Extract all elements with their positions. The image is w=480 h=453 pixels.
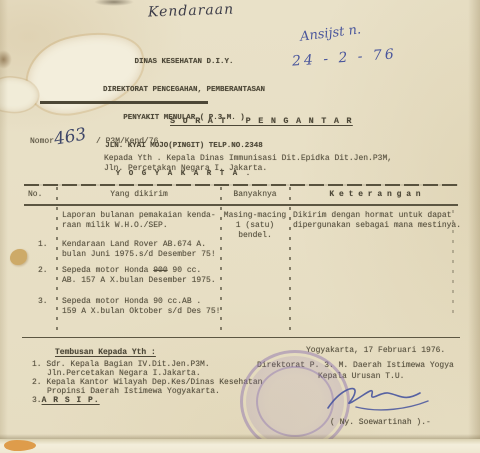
table-row1-number: 1. (38, 240, 48, 249)
nomor-typed-suffix: / P3M/Kend/76. (96, 137, 163, 146)
scan-left-edge-shadow (0, 0, 8, 453)
tembusan-heading: Tembusan Kepada Yth : (55, 348, 156, 357)
table-row2-line-1: Sepeda motor Honda 900 90 cc. (62, 266, 201, 275)
signature-ink (322, 380, 434, 418)
tembusan-item2-line-1: 2. Kepala Kantor Wilayah Dep.Kes/Dinas K… (32, 378, 262, 387)
letterhead-line-1: DINAS KESEHATAN D.I.Y. (48, 57, 320, 67)
row2-text-pre: Sepeda motor Honda (62, 266, 153, 275)
table-header-no: No. (28, 190, 42, 199)
underlying-sheet (0, 439, 480, 453)
row2-text-struck: 900 (153, 266, 167, 275)
table-header-qty: Banyaknya (222, 190, 288, 199)
table-row3-number: 3. (38, 297, 48, 306)
table-header-item: Yang dikirim (60, 190, 218, 199)
table-keterangan-line-2: dipergunakan sebagai mana mestinya. (293, 221, 461, 230)
scanned-letter-page: Kendaraan Ansijst n. 24 - 2 - 76 DINAS K… (0, 0, 480, 453)
table-row1-line-2: bulan Juni 1975.s/d Desember 75! (62, 250, 216, 259)
table-row3-line-2: 159 A X.bulan Oktober s/d Des 75! (62, 307, 220, 316)
table-row3-line-1: Sepeda motor Honda 90 cc.AB . (62, 297, 201, 306)
closing-signer-name: ( Ny. Soewartinah ).- (330, 418, 431, 427)
tembusan-item1-line-1: 1. Sdr. Kepala Bagian IV.Dit.Jen.P3M. (32, 360, 210, 369)
letterhead-line-4: JLN. KYAI MOJO(PINGIT) TELP.NO.2348 (48, 141, 320, 151)
table-row2-line-2: AB. 157 A X.bulan Desember 1975. (62, 276, 216, 285)
table-bottom-rule (22, 337, 460, 338)
document-title: S U R A T P E N G A N T A R (170, 117, 353, 126)
row2-text-post: 90 cc. (168, 266, 202, 275)
table-header-rule (24, 204, 458, 206)
table-column-divider-3 (289, 187, 291, 337)
table-header-keterangan: K e t e r a n g a n (295, 190, 455, 199)
table-qty-line-2: 1 (satu) (222, 221, 288, 230)
paper-stain (10, 249, 27, 265)
addressee-line-1: Kepada Yth . Kepala Dinas Immunisasi Dit… (104, 154, 392, 163)
handwritten-subject-note: Kendaraan (148, 2, 235, 21)
nomor-label: Nomor (30, 137, 54, 146)
table-qty-line-1: Masing-macing (222, 211, 288, 220)
letterhead-rule (40, 101, 208, 104)
table-qty-line-3: bendel. (222, 231, 288, 240)
addressee-line-2: Jln. Percetakan Negara I. Jakarta. (104, 164, 267, 173)
table-top-rule (24, 184, 458, 186)
tembusan-item1-line-2: Jln.Percetakan Negara I.Jakarta. (47, 369, 201, 378)
tembusan-item3: 3.A R S I P. (32, 396, 100, 405)
table-keterangan-line-1: Dikirim dengan hormat untuk dapat (293, 211, 451, 220)
scan-right-edge-shadow (468, 0, 480, 453)
closing-date-place: Yogyakarta, 17 Februari 1976. (306, 346, 445, 355)
table-column-divider-1 (56, 187, 58, 337)
table-row1-line-1: Kendaraan Land Rover AB.674 A. (62, 240, 206, 249)
tembusan-item3-number: 3. (32, 396, 42, 405)
tembusan-item3-arsip: A R S I P. (42, 396, 100, 405)
table-intro-line-2: raan milik W.H.O./SEP. (62, 221, 168, 230)
letterhead-line-2: DIREKTORAT PENCEGAHAN, PEMBERANTASAN (48, 85, 320, 95)
table-row2-number: 2. (38, 266, 48, 275)
table-intro-line-1: Laporan bulanan pemakaian kenda- (62, 211, 216, 220)
tembusan-item2-line-2: Propinsi Daerah Istimewa Yogyakarta. (47, 387, 220, 396)
paper-top-smudge (94, 0, 134, 6)
